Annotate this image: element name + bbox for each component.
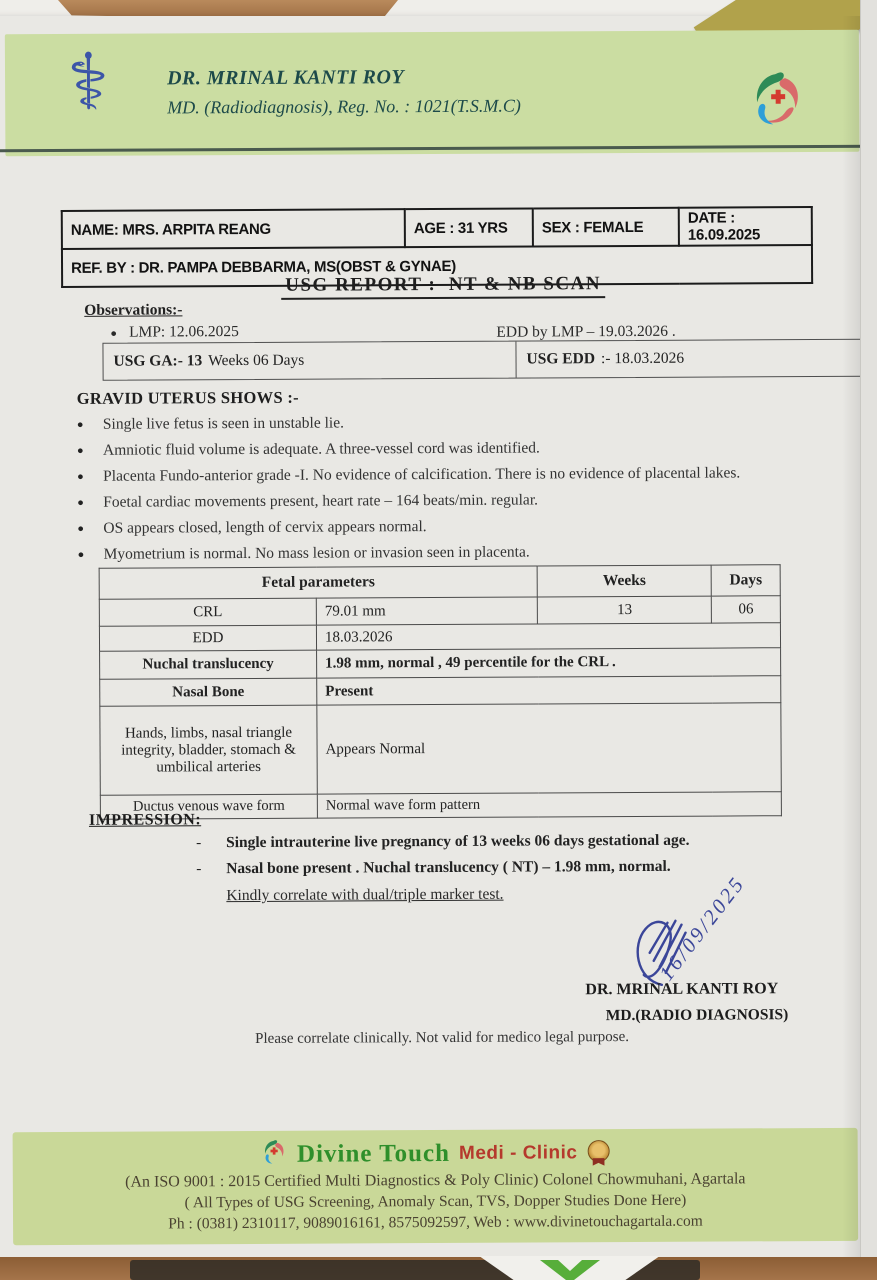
report-content: ⚕ DR. MRINAL KANTI ROY MD. (Radiodiagnos… bbox=[0, 0, 877, 1280]
footer-line-2: ( All Types of USG Screening, Anomaly Sc… bbox=[13, 1191, 858, 1213]
patient-name: NAME: MRS. ARPITA REANG bbox=[62, 209, 405, 249]
row-ductus: Ductus venous wave form Normal wave form… bbox=[100, 792, 781, 820]
finding-text: Single live fetus is seen in unstable li… bbox=[103, 414, 344, 432]
dash-icon: - bbox=[196, 860, 226, 878]
anatomy-value: Appears Normal bbox=[317, 703, 781, 794]
usg-edd-cell: USG EDD :- 18.03.2026 bbox=[516, 340, 863, 378]
finding-item: ●Foetal cardiac movements present, heart… bbox=[77, 490, 857, 520]
report-title: USG REPORT : NT & NB SCAN bbox=[98, 272, 788, 298]
clinic-type: Medi - Clinic bbox=[459, 1142, 578, 1165]
footer-line-1: (An ISO 9001 : 2015 Certified Multi Diag… bbox=[13, 1170, 858, 1192]
dash-icon: - bbox=[196, 834, 226, 852]
fetal-parameters-table: Fetal parameters Weeks Days CRL 79.01 mm… bbox=[99, 564, 782, 820]
impression-list: -Single intrauterine live pregnancy of 1… bbox=[196, 832, 690, 887]
disclaimer-text: Please correlate clinically. Not valid f… bbox=[102, 1028, 782, 1049]
nt-label: Nuchal translucency bbox=[100, 650, 317, 679]
clinic-hands-logo-icon bbox=[745, 66, 807, 135]
header-banner bbox=[5, 30, 860, 156]
bullet-icon: ● bbox=[77, 523, 103, 535]
finding-text: Foetal cardiac movements present, heart … bbox=[103, 491, 538, 510]
row-edd: EDD 18.03.2026 bbox=[99, 623, 780, 652]
row-nasal-bone: Nasal Bone Present bbox=[100, 676, 781, 707]
col-weeks: Weeks bbox=[537, 565, 711, 597]
footer-line-3: Ph : (0381) 2310117, 9089016161, 8575092… bbox=[13, 1212, 858, 1234]
impression-text: Single intrauterine live pregnancy of 13… bbox=[226, 832, 689, 851]
bullet-icon: ● bbox=[78, 549, 104, 561]
finding-text: OS appears closed, length of cervix appe… bbox=[103, 518, 426, 537]
impression-note: Kindly correlate with dual/triple marker… bbox=[226, 886, 503, 905]
report-date: DATE : 16.09.2025 bbox=[679, 207, 812, 246]
bullet-icon: ● bbox=[77, 471, 103, 483]
edd-value: 18.03.2026 bbox=[316, 623, 780, 650]
patient-sex: SEX : FEMALE bbox=[533, 208, 679, 247]
patient-row-1: NAME: MRS. ARPITA REANG AGE : 31 YRS SEX… bbox=[62, 207, 812, 249]
findings-list: ●Single live fetus is seen in unstable l… bbox=[77, 412, 858, 572]
doctor-name-header: DR. MRINAL KANTI ROY bbox=[167, 66, 404, 90]
finding-text: Amniotic fluid volume is adequate. A thr… bbox=[103, 439, 540, 458]
clinic-name: Divine Touch bbox=[297, 1139, 450, 1168]
impression-heading: IMPRESSION: bbox=[89, 811, 201, 830]
iso-seal-icon bbox=[586, 1140, 610, 1166]
finding-item: ●OS appears closed, length of cervix app… bbox=[77, 516, 857, 546]
row-nuchal-translucency: Nuchal translucency 1.98 mm, normal , 49… bbox=[100, 648, 781, 680]
crl-days: 06 bbox=[711, 596, 780, 623]
caduceus-icon: ⚕ bbox=[67, 44, 110, 122]
impression-text: Nasal bone present . Nuchal translucency… bbox=[226, 858, 671, 877]
crl-value: 79.01 mm bbox=[316, 597, 537, 625]
col-days: Days bbox=[711, 565, 780, 596]
footer-banner: Divine Touch Medi - Clinic (An ISO 9001 … bbox=[13, 1128, 859, 1245]
gravid-uterus-heading: GRAVID UTERUS SHOWS :- bbox=[77, 388, 299, 409]
bullet-icon: ● bbox=[77, 419, 103, 431]
usg-ga-cell: USG GA:- 13 Weeks 06 Days bbox=[103, 342, 516, 380]
usg-ga-edd-table: USG GA:- 13 Weeks 06 Days USG EDD :- 18.… bbox=[102, 339, 864, 381]
doctor-credentials: MD. (Radiodiagnosis), Reg. No. : 1021(T.… bbox=[167, 96, 521, 119]
bullet-icon: ● bbox=[77, 445, 103, 457]
nasal-value: Present bbox=[317, 676, 781, 705]
finding-item: ●Single live fetus is seen in unstable l… bbox=[77, 412, 857, 442]
ductus-value: Normal wave form pattern bbox=[317, 792, 781, 818]
row-anatomy: Hands, limbs, nasal triangle integrity, … bbox=[100, 703, 781, 796]
footer-logo-row: Divine Touch Medi - Clinic bbox=[13, 1134, 858, 1173]
edd-by-lmp-value: EDD by LMP – 19.03.2026 . bbox=[496, 323, 675, 342]
signing-doctor-degree: MD.(RADIO DIAGNOSIS) bbox=[577, 1006, 817, 1025]
crl-weeks: 13 bbox=[537, 596, 711, 624]
row-crl: CRL 79.01 mm 13 06 bbox=[99, 596, 780, 627]
bullet-icon: ● bbox=[110, 328, 117, 340]
finding-item: ●Amniotic fluid volume is adequate. A th… bbox=[77, 438, 857, 468]
bullet-icon: ● bbox=[77, 497, 103, 509]
footer-hands-logo-icon bbox=[260, 1137, 288, 1172]
finding-text: Placenta Fundo-anterior grade -I. No evi… bbox=[103, 464, 740, 484]
ft-header-row: Fetal parameters Weeks Days bbox=[99, 565, 780, 600]
patient-age: AGE : 31 YRS bbox=[405, 209, 533, 248]
signing-doctor-name: DR. MRINAL KANTI ROY bbox=[562, 980, 802, 999]
green-ribbon-icon bbox=[540, 1260, 600, 1280]
finding-item: ●Placenta Fundo-anterior grade -I. No ev… bbox=[77, 464, 857, 494]
anatomy-label: Hands, limbs, nasal triangle integrity, … bbox=[100, 705, 317, 795]
nasal-label: Nasal Bone bbox=[100, 678, 317, 706]
impression-item: -Nasal bone present . Nuchal translucenc… bbox=[196, 858, 690, 887]
nt-value: 1.98 mm, normal , 49 percentile for the … bbox=[317, 648, 781, 678]
edd-label: EDD bbox=[99, 625, 316, 651]
page-edge-strip bbox=[860, 0, 877, 1280]
impression-item: -Single intrauterine live pregnancy of 1… bbox=[196, 832, 690, 861]
crl-label: CRL bbox=[99, 598, 316, 626]
finding-text: Myometrium is normal. No mass lesion or … bbox=[104, 544, 530, 563]
lmp-value: ●LMP: 12.06.2025 bbox=[110, 323, 239, 342]
observations-label: Observations:- bbox=[84, 301, 182, 320]
col-fetal-parameters: Fetal parameters bbox=[99, 566, 537, 599]
